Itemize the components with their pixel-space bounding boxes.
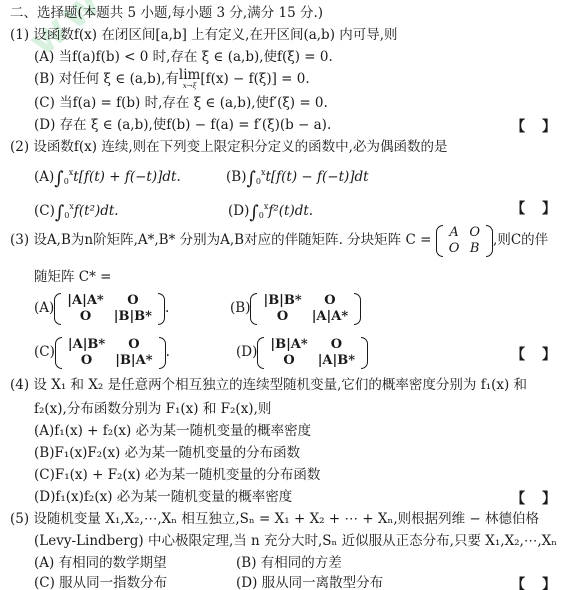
q4-option-c[interactable]: (C)F₁(x) + F₂(x) 必为某一随机变量的分布函数: [34, 466, 320, 484]
question-3-stem-line2: 随矩阵 C* =: [34, 268, 111, 286]
q1-option-a[interactable]: (A) 当f(a)f(b) < 0 时,存在 ξ ∈ (a,b),使f(ξ) =…: [34, 48, 333, 66]
question-5-stem: (5) 设随机变量 X₁,X₂,⋯,Xₙ 相互独立,Sₙ = X₁ + X₂ +…: [10, 510, 539, 528]
question-3-stem: (3) 设A,B为n阶矩阵,A*,B* 分别为A,B对应的伴随矩阵. 分块矩阵 …: [10, 222, 548, 258]
integral-icon: ∫: [246, 168, 255, 189]
q1-answer-bracket[interactable]: 【 】: [511, 116, 562, 136]
matrix: |B|A*OO|A|B*: [257, 337, 368, 369]
question-1-stem: (1) 设函数f(x) 在闭区间[a,b] 上有定义,在开区间(a,b) 内可导…: [10, 26, 398, 44]
matrix: |A|A*OO|B|B*: [54, 293, 165, 325]
q2-option-b[interactable]: (B)∫0xt[f(t) − f(−t)]dt: [226, 164, 369, 191]
integral-icon: ∫: [249, 202, 258, 223]
q5-option-a[interactable]: (A) 有相同的数学期望: [34, 554, 167, 572]
question-4-stem-line2: f₂(x),分布函数分别为 F₁(x) 和 F₂(x),则: [34, 400, 271, 418]
q3-option-c[interactable]: (C)|A|B*OO|B|A*.: [34, 334, 170, 370]
question-5-stem-line2: (Levy-Lindberg) 中心极限定理,当 n 充分大时,Sₙ 近似服从正…: [34, 532, 557, 550]
q3-answer-bracket[interactable]: 【 】: [511, 344, 562, 364]
q1-option-d[interactable]: (D) 存在 ξ ∈ (a,b),使f(b) − f(a) = f′(ξ)(b …: [34, 116, 331, 134]
q3-option-a[interactable]: (A)|A|A*OO|B|B*.: [34, 290, 169, 326]
matrix: |A|B*OO|B|A*: [55, 337, 166, 369]
q1-option-b[interactable]: (B) 对任何 ξ ∈ (a,b),有limx→ξ[f(x) − f(ξ)] =…: [34, 70, 310, 92]
q1-option-c[interactable]: (C) 当f(a) = f(b) 时,存在 ξ ∈ (a,b),使f′(ξ) =…: [34, 94, 328, 112]
q5-answer-bracket[interactable]: 【 】: [511, 574, 562, 590]
q5-option-b[interactable]: (B) 有相同的方差: [236, 554, 342, 572]
q5-option-c[interactable]: (C) 服从同一指数分布: [34, 574, 167, 590]
q4-option-b[interactable]: (B)F₁(x)F₂(x) 必为某一随机变量的分布函数: [34, 444, 300, 462]
q4-option-a[interactable]: (A)f₁(x) + f₂(x) 必为某一随机变量的概率密度: [34, 422, 311, 440]
q2-option-c[interactable]: (C)∫0xf(t²)dt.: [34, 198, 119, 225]
q2-option-a[interactable]: (A)∫0xt[f(t) + f(−t)]dt.: [34, 164, 181, 191]
q3-option-d[interactable]: (D)|B|A*OO|A|B*: [236, 334, 368, 370]
section-title: 二、选择题(本题共 5 小题,每小题 3 分,满分 15 分.): [10, 4, 323, 22]
q2-option-d[interactable]: (D)∫0xf²(t)dt.: [228, 198, 313, 225]
matrix-c: AOOB: [436, 225, 493, 257]
question-4-stem: (4) 设 X₁ 和 X₂ 是任意两个相互独立的连续型随机变量,它们的概率密度分…: [10, 376, 527, 394]
q4-option-d[interactable]: (D)f₁(x)f₂(x) 必为某一随机变量的概率密度: [34, 488, 292, 506]
q2-answer-bracket[interactable]: 【 】: [511, 198, 562, 218]
q5-option-d[interactable]: (D) 服从同一离散型分布: [236, 574, 383, 590]
limit-expression: limx→ξ: [179, 70, 200, 92]
integral-icon: ∫: [55, 202, 64, 223]
q3-option-b[interactable]: (B)|B|B*OO|A|A*: [230, 290, 361, 326]
matrix: |B|B*OO|A|A*: [250, 293, 361, 325]
integral-icon: ∫: [54, 168, 63, 189]
q4-answer-bracket[interactable]: 【 】: [511, 488, 562, 508]
question-2-stem: (2) 设函数f(x) 连续,则在下列变上限定积分定义的函数中,必为偶函数的是: [10, 138, 447, 156]
